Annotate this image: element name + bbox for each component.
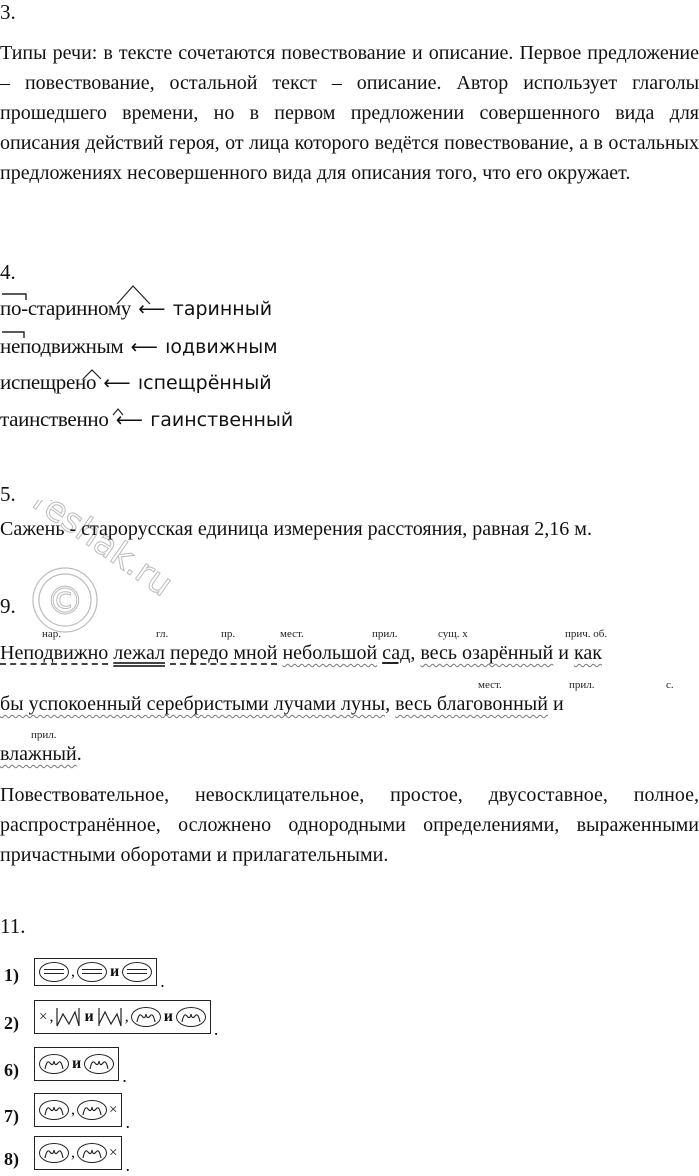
scheme-label: 7) (4, 1106, 34, 1127)
cross-icon: × (109, 1145, 117, 1162)
pos-label: с. (666, 679, 674, 691)
subject-oval-icon (39, 962, 69, 982)
pos-label: мест. (478, 679, 502, 691)
attribute-oval-icon (77, 1143, 107, 1163)
sentence-line-2: бы успокоенный серебристыми лучами луны,… (0, 693, 564, 716)
svg-text:reshak.ru: reshak.ru (26, 500, 180, 605)
sentence-line-3: влажный. (0, 743, 82, 766)
section-11-number: 11. (0, 914, 25, 939)
scheme-7: 7) , × . (4, 1093, 130, 1127)
scheme-box: ×, и , и (34, 1000, 211, 1034)
sentence-line-1: Неподвижно лежал передо мной небольшой с… (0, 642, 602, 665)
attribute-oval-icon (77, 1100, 107, 1120)
predicate-mark-icon (97, 1006, 123, 1028)
pos-label: сущ. х (438, 628, 468, 640)
pos-label: нар. (42, 628, 61, 640)
scheme-box: и (34, 1047, 119, 1081)
scheme-6: 6) и . (4, 1047, 127, 1081)
word-adverbial: передо мной (170, 642, 277, 664)
scheme-2: 2) ×, и , и . (4, 1000, 218, 1034)
pos-label: гл. (156, 628, 168, 640)
attribute-oval-icon (39, 1100, 69, 1120)
period: . (77, 743, 82, 765)
conjunction: и (553, 642, 574, 664)
conjunction: и (71, 1055, 82, 1073)
scheme-1: 1) , и . (4, 958, 165, 986)
attribute-oval-icon (176, 1007, 206, 1027)
attribute-oval-icon (131, 1007, 161, 1027)
conjunction: и (548, 693, 564, 715)
attribute-oval-icon (39, 1143, 69, 1163)
scheme-box: , и (34, 958, 157, 986)
pos-label: мест. (280, 628, 304, 640)
scheme-label: 1) (4, 965, 34, 986)
section-3-text: Типы речи: в тексте сочетаются повествов… (0, 38, 699, 188)
scheme-box: , × (34, 1093, 122, 1127)
word-attribute: весь озарённый (420, 642, 553, 664)
attribute-oval-icon (84, 1054, 114, 1074)
morpheme-marks (0, 282, 200, 422)
scheme-label: 6) (4, 1060, 34, 1081)
scheme-8: 8) , × . (4, 1136, 130, 1170)
predicate-mark-icon (55, 1006, 81, 1028)
cross-icon: × (39, 1009, 47, 1026)
scheme-label: 2) (4, 1013, 34, 1034)
word-subject: сад (382, 642, 410, 664)
pos-label: прил. (31, 729, 57, 741)
word-attribute: влажный (0, 743, 77, 765)
word-adverbial: Неподвижно (0, 642, 108, 664)
section-5-text: Сажень - старорусская единица измерения … (0, 518, 592, 541)
word-attribute: весь благовонный (395, 693, 548, 715)
subject-oval-icon (122, 962, 152, 982)
sentence-characteristic: Повествовательное, невосклицательное, пр… (0, 780, 699, 870)
pos-label: пр. (221, 628, 235, 640)
conjunction: и (83, 1008, 94, 1026)
conjunction: и (109, 963, 120, 981)
comma: , (410, 642, 420, 664)
subject-oval-icon (77, 962, 107, 982)
word-attribute: небольшой (282, 642, 377, 664)
pos-label: прил. (569, 679, 595, 691)
section-9-number: 9. (0, 594, 16, 619)
scheme-label: 8) (4, 1149, 34, 1170)
pos-label: прич. об. (565, 628, 607, 640)
section-3-number: 3. (0, 0, 16, 25)
comma: , (385, 693, 395, 715)
scheme-box: , × (34, 1136, 122, 1170)
attribute-oval-icon (39, 1054, 69, 1074)
section-5-number: 5. (0, 482, 16, 507)
svg-text:©: © (46, 579, 84, 623)
cross-icon: × (109, 1102, 117, 1119)
pos-label: прил. (372, 628, 398, 640)
word-attribute: бы успокоенный серебристыми лучами луны (0, 693, 385, 715)
word-attribute: как (574, 642, 602, 664)
word-predicate: лежал (113, 642, 165, 664)
